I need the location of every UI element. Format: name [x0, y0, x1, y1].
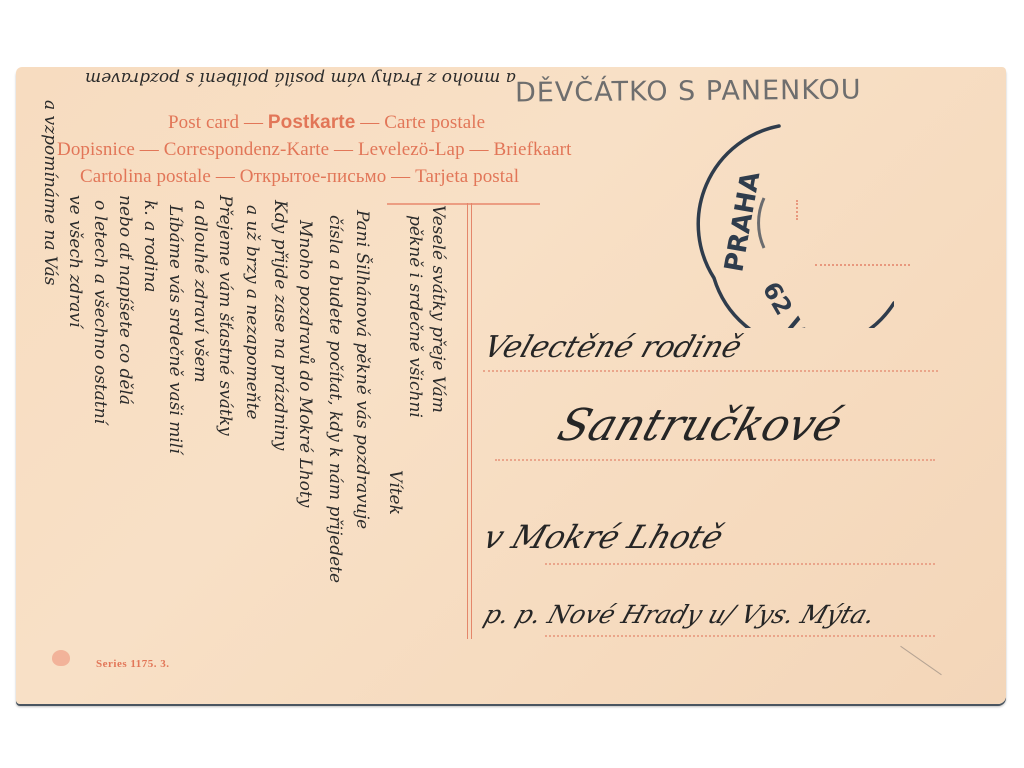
- address-line-1: Velectěné rodině: [479, 330, 746, 365]
- header-rule: [387, 203, 540, 205]
- postmark-stamp: PRAHA 62 V: [694, 118, 894, 328]
- header-separator: —: [239, 112, 268, 133]
- svg-text:62 V: 62 V: [757, 277, 812, 328]
- address-line-4: p. p. Nové Hrady u/ Vys. Mýta.: [480, 600, 879, 629]
- address-rule-1: [483, 370, 938, 372]
- message-column: nebo ať napíšete co dělá: [115, 195, 135, 405]
- message-column: čísla a budete počítat, kdy k nám přijed…: [325, 215, 345, 583]
- address-line-3: v Mokré Lhotě: [479, 518, 728, 556]
- message-column: a vzpomínáme na Vás: [40, 100, 60, 286]
- message-column: a dlouhé zdraví všem: [190, 200, 210, 383]
- address-line-2: Santručkové: [552, 400, 849, 451]
- message-column: k. a rodina: [140, 200, 160, 292]
- handwritten-note-upside-down: a mnoho z Prahy vám posílá políbení s po…: [85, 68, 516, 88]
- message-column: a už brzy a nezapomeňte: [242, 205, 262, 420]
- message-column: Kdy přijde zase na prázdniny: [270, 200, 290, 450]
- message-column: Veselé svátky přeje Vám: [428, 205, 448, 413]
- address-rule-4: [545, 635, 935, 637]
- message-column: Přejeme vám šťastné svátky: [215, 195, 235, 436]
- center-divider: [467, 203, 472, 639]
- message-column: o letech a všechno ostatní: [90, 200, 110, 424]
- series-imprint: Series 1175. 3.: [96, 658, 170, 670]
- message-column: Pani Šilhánová pěkně vás pozdravuje: [352, 210, 372, 529]
- message-column: ve všech zdraví: [65, 195, 85, 327]
- header-line-1: Post card — Postkarte — Carte postale: [168, 112, 485, 134]
- address-rule-2: [495, 459, 935, 461]
- publisher-logo-icon: [52, 650, 70, 666]
- address-rule-3: [545, 563, 935, 565]
- message-column: Vítek: [385, 470, 405, 515]
- header-line-2: Dopisnice — Correspondenz-Karte — Levele…: [57, 139, 571, 161]
- header-post-card: Post card: [168, 112, 239, 133]
- header-postkarte: Postkarte: [268, 112, 356, 133]
- message-column: pěkně i srdečně všichni: [405, 215, 425, 418]
- pencil-title-note: DĚVČÁTKO S PANENKOU: [515, 74, 862, 108]
- message-column: Líbáme vás srdečně vaši milí: [165, 205, 185, 454]
- message-column: Mnoho pozdravů do Mokré Lhoty: [295, 220, 315, 507]
- header-line-3: Cartolina postale — Открытое-письмо — Ta…: [80, 166, 519, 188]
- header-carte-postale: — Carte postale: [355, 112, 485, 133]
